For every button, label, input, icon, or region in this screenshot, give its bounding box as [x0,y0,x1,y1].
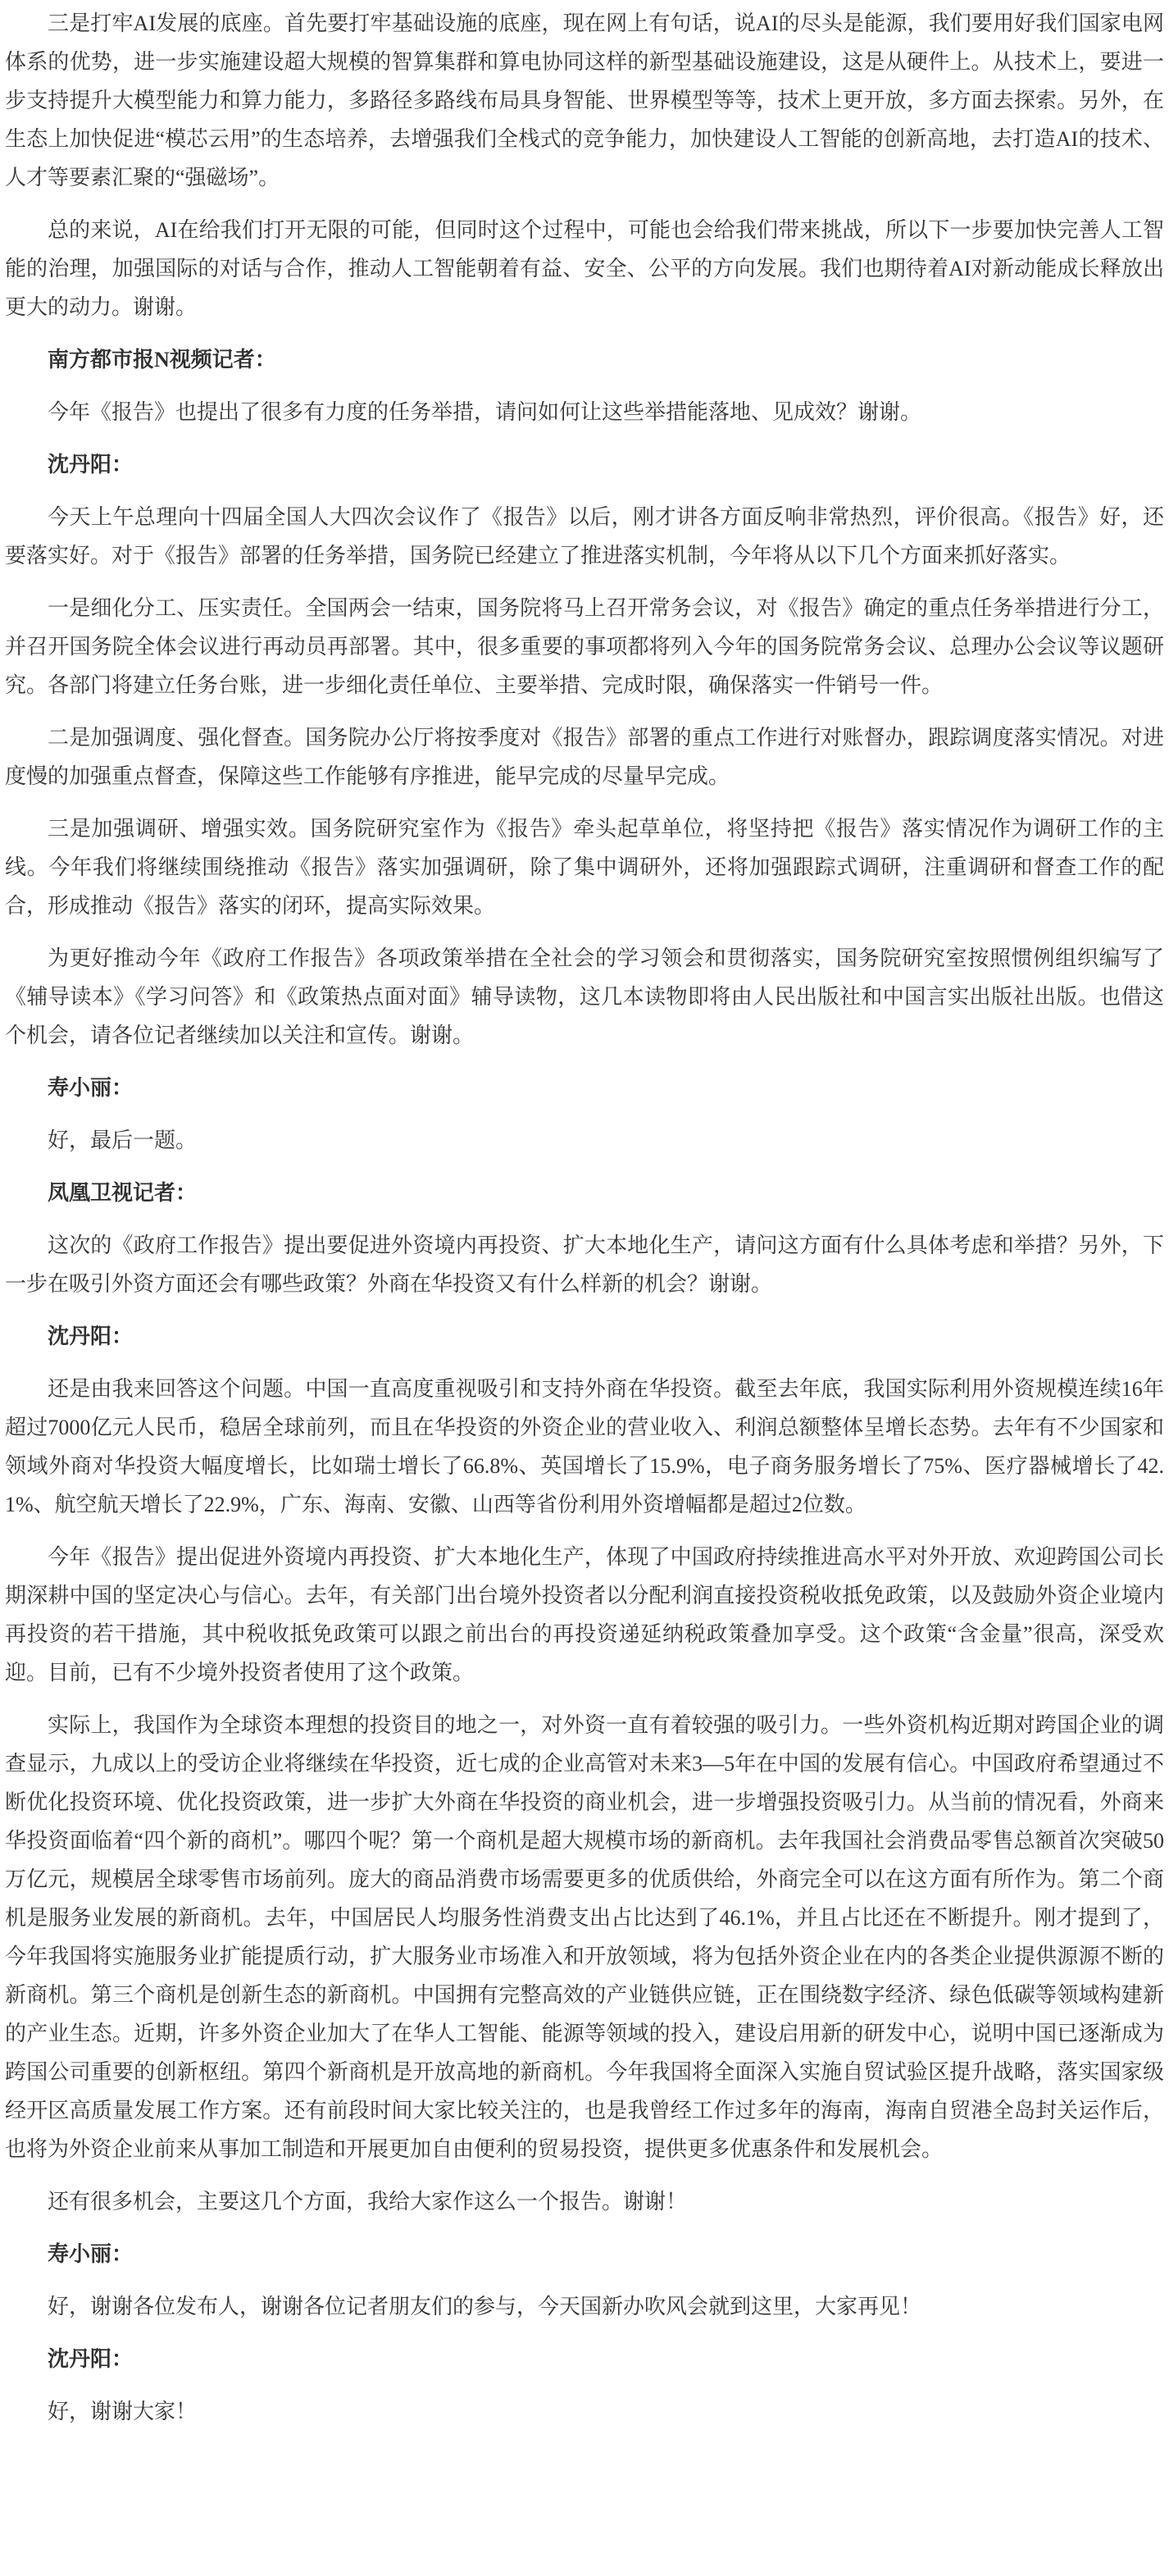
speaker-heading: 寿小丽： [5,1069,1164,1107]
paragraph: 二是加强调度、强化督查。国务院办公厅将按季度对《报告》部署的重点工作进行对账督办… [5,718,1164,796]
speaker-heading: 寿小丽： [5,2235,1164,2273]
speaker-heading: 凤凰卫视记者： [5,1174,1164,1212]
paragraph: 今年《报告》提出促进外资境内再投资、扩大本地化生产，体现了中国政府持续推进高水平… [5,1538,1164,1692]
paragraph: 一是细化分工、压实责任。全国两会一结束，国务院将马上召开常务会议，对《报告》确定… [5,589,1164,704]
paragraph: 总的来说，AI在给我们打开无限的可能，但同时这个过程中，可能也会给我们带来挑战，… [5,211,1164,326]
paragraph: 实际上，我国作为全球资本理想的投资目的地之一，对外资一直有着较强的吸引力。一些外… [5,1706,1164,2168]
speaker-heading: 沈丹阳： [5,2340,1164,2378]
speaker-heading: 沈丹阳： [5,1317,1164,1356]
speaker-heading: 南方都市报N视频记者： [5,340,1164,379]
speaker-heading: 沈丹阳： [5,445,1164,484]
paragraph: 今天上午总理向十四届全国人大四次会议作了《报告》以后，刚才讲各方面反响非常热烈，… [5,498,1164,575]
paragraph: 还是由我来回答这个问题。中国一直高度重视吸引和支持外商在华投资。截至去年底，我国… [5,1370,1164,1524]
paragraph: 三是加强调研、增强实效。国务院研究室作为《报告》牵头起草单位，将坚持把《报告》落… [5,809,1164,925]
paragraph: 好，谢谢各位发布人，谢谢各位记者朋友们的参与，今天国新办吹风会就到这里，大家再见… [5,2287,1164,2326]
paragraph: 今年《报告》也提出了很多有力度的任务举措，请问如何让这些举措能落地、见成效？谢谢… [5,393,1164,431]
paragraph: 好，谢谢大家！ [5,2392,1164,2431]
article-body: 三是打牢AI发展的底座。首先要打牢基础设施的底座，现在网上有句话，说AI的尽头是… [0,0,1169,2576]
paragraph: 还有很多机会，主要这几个方面，我给大家作这么一个报告。谢谢！ [5,2182,1164,2221]
paragraph: 这次的《政府工作报告》提出要促进外资境内再投资、扩大本地化生产，请问这方面有什么… [5,1226,1164,1303]
paragraph: 为更好推动今年《政府工作报告》各项政策举措在全社会的学习领会和贯彻落实，国务院研… [5,939,1164,1055]
paragraph: 好，最后一题。 [5,1121,1164,1160]
paragraph: 三是打牢AI发展的底座。首先要打牢基础设施的底座，现在网上有句话，说AI的尽头是… [5,4,1164,197]
